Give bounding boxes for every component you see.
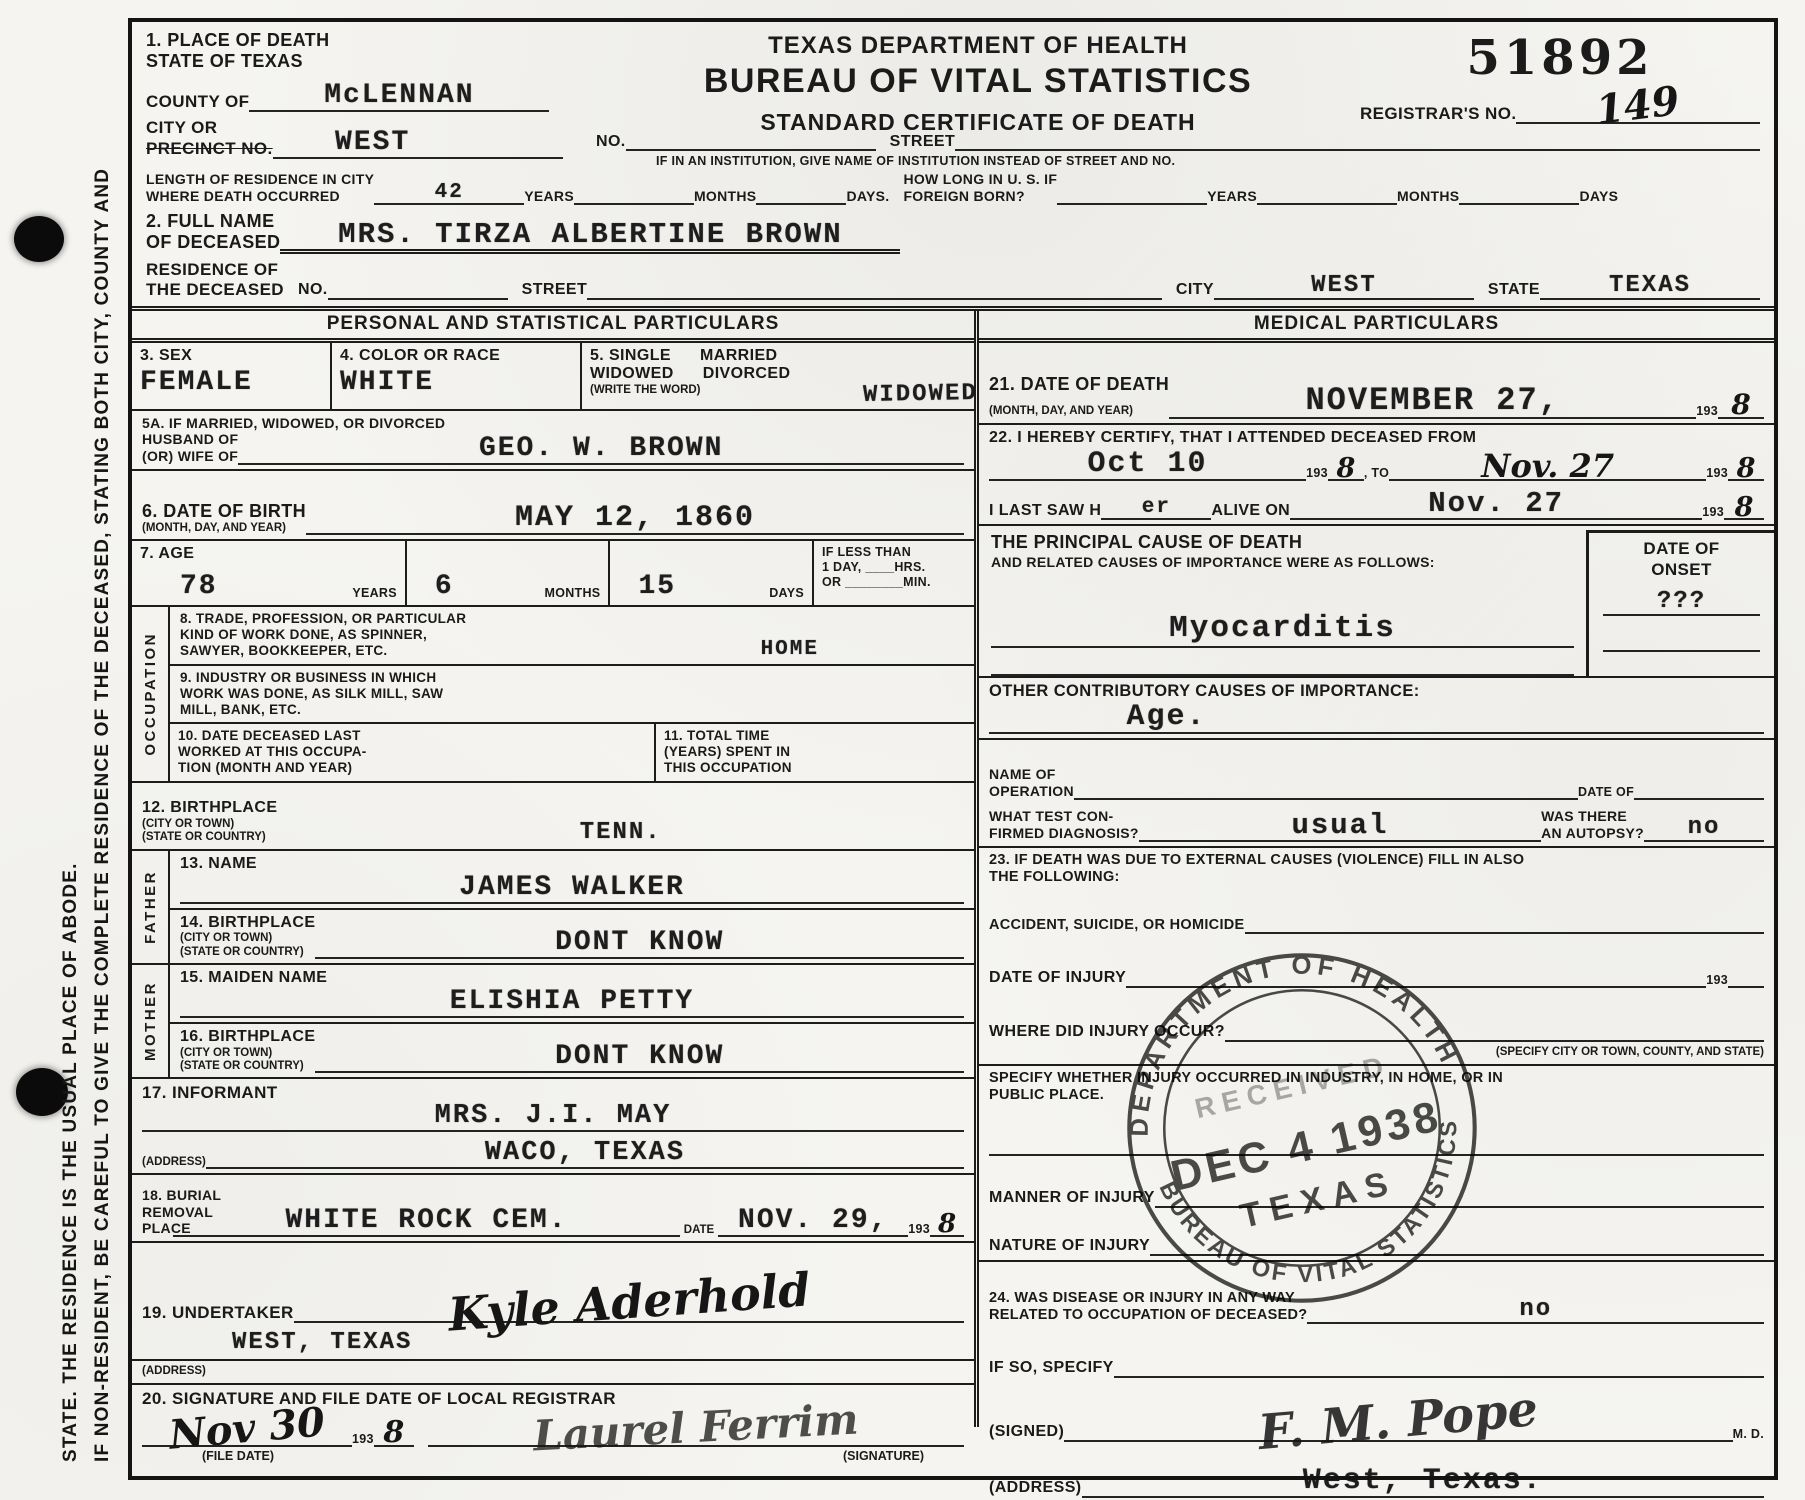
residence-days-line xyxy=(756,203,846,205)
dob-line: MAY 12, 1860 xyxy=(306,503,964,535)
state-of-texas-label: STATE OF TEXAS xyxy=(146,51,596,72)
full-name-label-1: 2. FULL NAME xyxy=(146,211,280,232)
father-bp-sub-2: (STATE OR COUNTRY) xyxy=(180,946,315,959)
last-saw-row: I LAST SAW H er ALIVE ON Nov. 27 193 8 xyxy=(979,485,1774,526)
operation-label-1: NAME OF xyxy=(989,766,1074,783)
mother-name-line: ELISHIA PETTY xyxy=(180,988,964,1018)
occupation-side-label: OCCUPATION xyxy=(142,632,159,756)
age-label: 7. AGE xyxy=(140,545,397,564)
md-signature: F. M. Pope xyxy=(1257,1390,1539,1453)
father-bp-line: DONT KNOW xyxy=(315,929,964,959)
age-days-value: 15 xyxy=(638,573,676,601)
birthplace-value-area: TENN. xyxy=(277,821,964,845)
contributory-value: Age. xyxy=(1126,702,1206,732)
city-value: WEST xyxy=(335,129,410,157)
injury-date-row: DATE OF INJURY 193 xyxy=(979,938,1774,992)
to-label: , TO xyxy=(1364,466,1389,481)
certify-label: 22. I HEREBY CERTIFY, THAT I ATTENDED DE… xyxy=(989,429,1764,448)
sex-cell: 3. SEX FEMALE xyxy=(132,343,332,409)
age-years-label: YEARS xyxy=(352,586,397,601)
principal-cause-row: THE PRINCIPAL CAUSE OF DEATH AND RELATED… xyxy=(979,526,1774,678)
registrar-year-line: 8 xyxy=(374,1421,414,1447)
dod-year-line: 8 xyxy=(1718,394,1764,418)
us-length-label-2: FOREIGN BORN? xyxy=(903,188,1057,205)
totaltime-cell: 11. TOTAL TIME (YEARS) SPENT IN THIS OCC… xyxy=(656,724,974,781)
dod-sub-label: (MONTH, DAY, AND YEAR) xyxy=(989,405,1169,418)
age-less-label-3: OR ________MIN. xyxy=(822,575,966,590)
last-saw-fill: er xyxy=(1142,497,1171,518)
industry-row: 9. INDUSTRY OR BUSINESS IN WHICH WORK WA… xyxy=(170,666,974,725)
date-of-death-row: 21. DATE OF DEATH (MONTH, DAY, AND YEAR)… xyxy=(979,343,1774,425)
age-months-cell: 6 MONTHS xyxy=(407,541,611,605)
to-year-written: 8 xyxy=(1737,458,1756,480)
us-days-line xyxy=(1459,203,1579,205)
residence-row: RESIDENCE OF THE DECEASED NO. STREET CIT… xyxy=(132,258,1774,311)
file-date-line: Nov 30 xyxy=(142,1413,352,1447)
industry-label-3: MILL, BANK, ETC. xyxy=(180,702,964,718)
last-saw-year-printed: 193 xyxy=(1702,505,1724,520)
injury-year-printed: 193 xyxy=(1706,973,1728,988)
father-name-value: JAMES WALKER xyxy=(459,874,685,902)
residence-length-label-2: WHERE DEATH OCCURRED xyxy=(146,188,374,205)
bureau-title: BUREAU OF VITAL STATISTICS xyxy=(596,62,1360,101)
lastwork-label-2: WORKED AT THIS OCCUPA- xyxy=(178,744,646,760)
lastwork-cell: 10. DATE DECEASED LAST WORKED AT THIS OC… xyxy=(170,724,656,781)
county-fill-line: McLENNAN xyxy=(249,82,549,112)
mother-bp-label: 16. BIRTHPLACE xyxy=(180,1028,315,1047)
mother-bp-sub-1: (CITY OR TOWN) xyxy=(180,1047,315,1060)
place-of-death-block: 1. PLACE OF DEATH STATE OF TEXAS COUNTY … xyxy=(146,30,596,159)
spouse-row: 5A. IF MARRIED, WIDOWED, OR DIVORCED HUS… xyxy=(132,411,974,471)
last-saw-year-line: 8 xyxy=(1724,497,1764,521)
informant-address-line: WACO, TEXAS xyxy=(206,1140,964,1169)
us-days-label: DAYS xyxy=(1579,188,1618,205)
mother-side-label-cell: MOTHER xyxy=(132,965,170,1077)
injury-specify-row: SPECIFY WHETHER INJURY OCCURRED IN INDUS… xyxy=(979,1066,1774,1109)
external-causes-row: 23. IF DEATH WAS DUE TO EXTERNAL CAUSES … xyxy=(979,848,1774,891)
department-title: TEXAS DEPARTMENT OF HEALTH xyxy=(596,32,1360,60)
registrar-no-value: 149 xyxy=(1595,85,1682,127)
birthplace-label: 12. BIRTHPLACE xyxy=(142,799,277,818)
operation-row: NAME OF OPERATION DATE OF xyxy=(979,740,1774,804)
signed-line: F. M. Pope xyxy=(1064,1402,1732,1442)
informant-address-value: WACO, TEXAS xyxy=(485,1140,685,1167)
father-name-row: 13. NAME JAMES WALKER xyxy=(170,851,974,910)
cause-line: Myocarditis xyxy=(991,613,1574,648)
injury-nature-row: NATURE OF INJURY xyxy=(979,1212,1774,1262)
margin-note-line1: IF NON-RESIDENT, BE CAREFUL TO GIVE THE … xyxy=(92,168,114,1462)
us-years-line xyxy=(1057,203,1207,205)
certify-to-value: Nov. 27 xyxy=(1481,454,1614,480)
last-saw-year-written: 8 xyxy=(1735,497,1754,519)
place-of-death-label: 1. PLACE OF DEATH xyxy=(146,30,596,51)
mother-bp-value: DONT KNOW xyxy=(555,1043,724,1071)
age-days-label: DAYS xyxy=(769,586,804,601)
undertaker-address-label: (ADDRESS) xyxy=(142,1365,206,1377)
personal-section-title: PERSONAL AND STATISTICAL PARTICULARS xyxy=(132,311,974,343)
undertaker-row: 19. UNDERTAKER Kyle Aderhold xyxy=(132,1243,974,1327)
operation-date-label: DATE OF xyxy=(1578,785,1634,800)
onset-extra-line xyxy=(1603,616,1760,652)
age-months-label: MONTHS xyxy=(544,586,600,601)
residence-state-line: TEXAS xyxy=(1540,274,1760,300)
marital-value: WIDOWED xyxy=(863,382,978,408)
informant-row: 17. INFORMANT MRS. J.I. MAY xyxy=(132,1079,974,1136)
certify-from-value: Oct 10 xyxy=(1088,449,1208,479)
injury-where-row: WHERE DID INJURY OCCUR? xyxy=(979,992,1774,1046)
registrar-no-label: REGISTRAR'S NO. xyxy=(1360,104,1516,124)
dod-value: NOVEMBER 27, xyxy=(1305,385,1559,417)
dod-label: 21. DATE OF DEATH xyxy=(989,374,1169,395)
to-year-line: 8 xyxy=(1728,458,1764,482)
us-months-label: MONTHS xyxy=(1397,188,1459,205)
injury-specify-line xyxy=(989,1154,1764,1156)
last-saw-label-1: I LAST SAW H xyxy=(989,502,1101,521)
mother-bp-line: DONT KNOW xyxy=(315,1043,964,1073)
age-years-cell: 7. AGE 78 YEARS xyxy=(132,541,407,605)
age-years-value: 78 xyxy=(180,573,218,601)
sex-race-marital-row: 3. SEX FEMALE 4. COLOR OR RACE WHITE 5. … xyxy=(132,343,974,411)
father-band: FATHER 13. NAME JAMES WALKER 14. BIRTHPL… xyxy=(132,851,974,965)
residence-no-label: NO. xyxy=(298,281,328,300)
signed-label: (SIGNED) xyxy=(989,1423,1064,1442)
injury-nature-label: NATURE OF INJURY xyxy=(989,1237,1150,1256)
certify-row: 22. I HEREBY CERTIFY, THAT I ATTENDED DE… xyxy=(979,425,1774,486)
residence-street-line xyxy=(587,298,1162,300)
residence-years-line: 42 xyxy=(374,182,524,205)
serial-number: 51892 xyxy=(1360,30,1760,86)
registrar-year-written: 8 xyxy=(383,1421,404,1445)
header: 1. PLACE OF DEATH STATE OF TEXAS COUNTY … xyxy=(132,22,1774,171)
undertaker-signature: Kyle Aderhold xyxy=(447,1272,811,1334)
father-bp-label: 14. BIRTHPLACE xyxy=(180,914,315,933)
sex-value: FEMALE xyxy=(140,369,322,397)
county-value: McLENNAN xyxy=(324,82,474,110)
mother-bp-sub-2: (STATE OR COUNTRY) xyxy=(180,1060,315,1073)
trade-label-1: 8. TRADE, PROFESSION, OR PARTICULAR xyxy=(180,611,616,627)
mother-name-row: 15. MAIDEN NAME ELISHIA PETTY xyxy=(170,965,974,1024)
occupation-side-label-cell: OCCUPATION xyxy=(132,607,170,781)
cause-label-1: THE PRINCIPAL CAUSE OF DEATH xyxy=(991,532,1574,553)
lastwork-label-1: 10. DATE DECEASED LAST xyxy=(178,728,646,744)
trade-label-2: KIND OF WORK DONE, AS SPINNER, xyxy=(180,627,616,643)
no-street-row: NO. STREET IF IN AN INSTITUTION, GIVE NA… xyxy=(596,133,1760,172)
related-value: no xyxy=(1519,1298,1552,1322)
certify-from-line: Oct 10 xyxy=(989,449,1306,481)
precinct-no-label: PRECINCT NO. xyxy=(146,139,273,159)
residence-city-label: CITY xyxy=(1176,281,1214,300)
days-label: DAYS. xyxy=(846,188,889,205)
institution-note: IF IN AN INSTITUTION, GIVE NAME OF INSTI… xyxy=(596,151,1760,171)
mother-side-label: MOTHER xyxy=(142,981,159,1061)
injury-specify-blank-row xyxy=(979,1108,1774,1160)
md-address-line: West, Texas. xyxy=(1082,1466,1765,1498)
residence-state-label: STATE xyxy=(1488,281,1540,300)
us-months-line xyxy=(1257,203,1397,205)
burial-year-printed: 193 xyxy=(908,1222,930,1237)
operation-date-line xyxy=(1634,798,1764,800)
totaltime-label-1: 11. TOTAL TIME xyxy=(664,728,966,744)
hole-punch-top xyxy=(14,216,64,262)
trade-value-area: HOME xyxy=(616,639,964,660)
father-side-label: FATHER xyxy=(142,870,159,944)
dod-year-printed: 193 xyxy=(1696,404,1718,419)
related-label-2: RELATED TO OCCUPATION OF DECEASED? xyxy=(989,1307,1307,1324)
burial-place-line: WHITE ROCK CEM. xyxy=(173,1207,680,1237)
totaltime-label-2: (YEARS) SPENT IN xyxy=(664,744,966,760)
residence-years-value: 42 xyxy=(435,182,464,203)
registrar-no-fill-line: 149 xyxy=(1516,90,1760,124)
race-label: 4. COLOR OR RACE xyxy=(340,347,572,366)
dob-label: 6. DATE OF BIRTH xyxy=(142,501,306,522)
signature-label: (SIGNATURE) xyxy=(843,1449,924,1463)
full-name-value: MRS. TIRZA ALBERTINE BROWN xyxy=(338,220,842,249)
accident-label: ACCIDENT, SUICIDE, OR HOMICIDE xyxy=(989,917,1245,934)
autopsy-value: no xyxy=(1688,816,1721,840)
signed-row: (SIGNED) F. M. Pope M. D. xyxy=(979,1382,1774,1446)
if-so-row: IF SO, SPECIFY xyxy=(979,1328,1774,1382)
street-label: STREET xyxy=(890,133,956,152)
mother-birthplace-row: 16. BIRTHPLACE (CITY OR TOWN) (STATE OR … xyxy=(170,1024,974,1077)
injury-specify-label-2: PUBLIC PLACE. xyxy=(989,1087,1764,1104)
age-less-than-cell: IF LESS THAN 1 DAY, ____HRS. OR ________… xyxy=(814,541,974,605)
mother-band: MOTHER 15. MAIDEN NAME ELISHIA PETTY 16.… xyxy=(132,965,974,1079)
full-name-label-2: OF DECEASED xyxy=(146,232,280,253)
spouse-label-1: 5A. IF MARRIED, WIDOWED, OR DIVORCED xyxy=(142,415,964,432)
to-year-printed: 193 xyxy=(1706,466,1728,481)
lastwork-totaltime-row: 10. DATE DECEASED LAST WORKED AT THIS OC… xyxy=(170,724,974,781)
burial-date-label: DATE xyxy=(684,1224,714,1237)
father-side-label-cell: FATHER xyxy=(132,851,170,963)
scanned-death-certificate: IF NON-RESIDENT, BE CAREFUL TO GIVE THE … xyxy=(0,0,1805,1500)
dob-sub-label: (MONTH, DAY, AND YEAR) xyxy=(142,522,306,535)
related-label-1: 24. WAS DISEASE OR INJURY IN ANY WAY xyxy=(989,1290,1307,1307)
injury-date-label: DATE OF INJURY xyxy=(989,969,1126,988)
informant-line: MRS. J.I. MAY xyxy=(142,1103,964,1132)
informant-value: MRS. J.I. MAY xyxy=(435,1103,672,1130)
registrar-year-printed: 193 xyxy=(352,1432,374,1447)
trade-label-3: SAWYER, BOOKKEEPER, ETC. xyxy=(180,643,616,659)
contributory-line: Age. xyxy=(989,702,1764,734)
from-year-line: 8 xyxy=(1328,458,1364,482)
city-fill-line: WEST xyxy=(273,129,563,159)
injury-specify-label-1: SPECIFY WHETHER INJURY OCCURRED IN INDUS… xyxy=(989,1070,1764,1087)
cause-value: Myocarditis xyxy=(1169,613,1396,644)
test-label-1: WHAT TEST CON- xyxy=(989,808,1139,825)
from-year-written: 8 xyxy=(1336,458,1355,480)
race-cell: 4. COLOR OR RACE WHITE xyxy=(332,343,582,409)
trade-row: 8. TRADE, PROFESSION, OR PARTICULAR KIND… xyxy=(170,607,974,666)
margin-note-line2: STATE. THE RESIDENCE IS THE USUAL PLACE … xyxy=(60,862,82,1462)
test-value: usual xyxy=(1291,811,1388,840)
burial-date-line: NOV. 29, xyxy=(718,1207,908,1237)
test-line: usual xyxy=(1139,811,1541,842)
dod-line: NOVEMBER 27, xyxy=(1169,385,1696,419)
file-date-script: Nov 30 xyxy=(168,1406,326,1451)
father-birthplace-row: 14. BIRTHPLACE (CITY OR TOWN) (STATE OR … xyxy=(170,910,974,963)
residence-months-line xyxy=(574,203,694,205)
us-years-label: YEARS xyxy=(1207,188,1257,205)
injury-date-line xyxy=(1126,986,1706,988)
birthplace-sub-1: (CITY OR TOWN) xyxy=(142,818,277,831)
totaltime-label-3: THIS OCCUPATION xyxy=(664,760,966,776)
birthplace-sub-2: (STATE OR COUNTRY) xyxy=(142,831,277,844)
medical-column: MEDICAL PARTICULARS 21. DATE OF DEATH (M… xyxy=(974,311,1774,1427)
age-months-value: 6 xyxy=(435,573,454,601)
last-saw-value: Nov. 27 xyxy=(1428,489,1564,518)
personal-column: PERSONAL AND STATISTICAL PARTICULARS 3. … xyxy=(132,311,974,1427)
last-saw-label-2: ALIVE ON xyxy=(1211,502,1290,521)
injury-where-label: WHERE DID INJURY OCCUR? xyxy=(989,1023,1225,1042)
contributory-row: OTHER CONTRIBUTORY CAUSES OF IMPORTANCE:… xyxy=(979,678,1774,739)
dob-value: MAY 12, 1860 xyxy=(515,503,755,533)
spouse-label-3: (OR) WIFE OF xyxy=(142,448,238,465)
if-so-line xyxy=(1114,1376,1764,1378)
onset-label-2: ONSET xyxy=(1603,560,1760,580)
operation-label-2: OPERATION xyxy=(989,783,1074,800)
autopsy-label-2: AN AUTOPSY? xyxy=(1541,825,1644,842)
injury-where-note: (SPECIFY CITY OR TOWN, COUNTY, AND STATE… xyxy=(1496,1046,1764,1059)
from-year-printed: 193 xyxy=(1306,466,1328,481)
burial-year-written: 8 xyxy=(938,1214,956,1235)
lastwork-label-3: TION (MONTH AND YEAR) xyxy=(178,760,646,776)
burial-row: 18. BURIAL REMOVAL PLACE WHITE ROCK CEM.… xyxy=(132,1175,974,1243)
registrar-signature-line: Laurel Ferrim xyxy=(428,1411,964,1447)
residence-city-value: WEST xyxy=(1311,274,1377,298)
informant-address-row: (ADDRESS) WACO, TEXAS xyxy=(132,1136,974,1175)
operation-line xyxy=(1074,798,1578,800)
residence-length-label-1: LENGTH OF RESIDENCE IN CITY xyxy=(146,171,374,188)
md-label: M. D. xyxy=(1733,1427,1764,1442)
injury-year-line xyxy=(1728,986,1764,988)
residence-no-line xyxy=(328,298,508,300)
injury-where-line xyxy=(1225,1040,1764,1042)
spouse-line: GEO. W. BROWN xyxy=(238,435,964,465)
injury-manner-label: MANNER OF INJURY xyxy=(989,1189,1155,1208)
certify-to-line: Nov. 27 xyxy=(1389,454,1706,482)
father-name-line: JAMES WALKER xyxy=(180,874,964,904)
no-label: NO. xyxy=(596,133,626,152)
accident-line xyxy=(1245,932,1764,934)
md-address-row: (ADDRESS) West, Texas. xyxy=(979,1446,1774,1500)
autopsy-label-1: WAS THERE xyxy=(1541,808,1644,825)
sex-label: 3. SEX xyxy=(140,347,322,366)
mother-name-label: 15. MAIDEN NAME xyxy=(180,969,964,988)
marital-label-1: 5. SINGLE MARRIED xyxy=(590,347,966,366)
age-row: 7. AGE 78 YEARS 6 MONTHS xyxy=(132,541,974,607)
industry-label-2: WORK WAS DONE, AS SILK MILL, SAW xyxy=(180,686,964,702)
injury-nature-line xyxy=(1150,1254,1764,1256)
undertaker-label: 19. UNDERTAKER xyxy=(142,1303,294,1323)
related-line: no xyxy=(1307,1298,1764,1324)
external-label-2: THE FOLLOWING: xyxy=(989,869,1764,886)
undertaker-address-label-row: (ADDRESS) xyxy=(132,1361,974,1385)
city-or-label: CITY OR xyxy=(146,118,273,138)
residence-city-line: WEST xyxy=(1214,274,1474,300)
industry-label-1: 9. INDUSTRY OR BUSINESS IN WHICH xyxy=(180,670,964,686)
full-name-row: 2. FULL NAME OF DECEASED MRS. TIRZA ALBE… xyxy=(132,209,1774,257)
injury-manner-row: MANNER OF INJURY xyxy=(979,1160,1774,1212)
md-address-label: (ADDRESS) xyxy=(989,1479,1082,1498)
onset-value: ??? xyxy=(1657,590,1706,614)
residence-state-value: TEXAS xyxy=(1609,274,1691,298)
dob-row: 6. DATE OF BIRTH (MONTH, DAY, AND YEAR) … xyxy=(132,471,974,541)
informant-address-label: (ADDRESS) xyxy=(142,1156,206,1169)
length-of-residence-row: LENGTH OF RESIDENCE IN CITY WHERE DEATH … xyxy=(132,171,1774,209)
occupation-related-row: 24. WAS DISEASE OR INJURY IN ANY WAY REL… xyxy=(979,1262,1774,1328)
age-days-cell: 15 DAYS xyxy=(610,541,814,605)
county-label: COUNTY OF xyxy=(146,92,249,112)
spouse-label-2: HUSBAND OF xyxy=(142,431,238,448)
cause-label-2: AND RELATED CAUSES OF IMPORTANCE WERE AS… xyxy=(991,554,1574,571)
mother-name-value: ELISHIA PETTY xyxy=(450,988,694,1016)
burial-date-value: NOV. 29, xyxy=(738,1207,888,1235)
informant-label: 17. INFORMANT xyxy=(142,1083,964,1103)
onset-line: ??? xyxy=(1603,580,1760,616)
injury-where-note-row: (SPECIFY CITY OR TOWN, COUNTY, AND STATE… xyxy=(979,1046,1774,1065)
last-saw-fill-line: er xyxy=(1101,497,1211,520)
residence-label-1: RESIDENCE OF xyxy=(146,260,284,280)
father-bp-sub-1: (CITY OR TOWN) xyxy=(180,932,315,945)
age-less-label-1: IF LESS THAN xyxy=(822,545,966,560)
spouse-value: GEO. W. BROWN xyxy=(479,435,723,463)
burial-label-1: 18. BURIAL xyxy=(142,1187,221,1204)
autopsy-line: no xyxy=(1644,816,1764,842)
medical-section-title: MEDICAL PARTICULARS xyxy=(979,311,1774,343)
cause-extra-line xyxy=(991,674,1574,676)
occupation-band: OCCUPATION 8. TRADE, PROFESSION, OR PART… xyxy=(132,607,974,783)
onset-box: DATE OF ONSET ??? xyxy=(1586,530,1774,676)
certificate-frame: 1. PLACE OF DEATH STATE OF TEXAS COUNTY … xyxy=(128,18,1778,1480)
test-label-2: FIRMED DIAGNOSIS? xyxy=(989,825,1139,842)
father-bp-value: DONT KNOW xyxy=(555,929,724,957)
years-label: YEARS xyxy=(524,188,574,205)
test-row: WHAT TEST CON- FIRMED DIAGNOSIS? usual W… xyxy=(979,804,1774,848)
last-saw-line: Nov. 27 xyxy=(1290,489,1702,520)
birthplace-row: 12. BIRTHPLACE (CITY OR TOWN) (STATE OR … xyxy=(132,783,974,851)
us-length-label-1: HOW LONG IN U. S. IF xyxy=(903,171,1057,188)
burial-year-line: 8 xyxy=(930,1214,964,1237)
external-label-1: 23. IF DEATH WAS DUE TO EXTERNAL CAUSES … xyxy=(989,852,1764,869)
months-label: MONTHS xyxy=(694,188,756,205)
onset-label-1: DATE OF xyxy=(1603,539,1760,559)
injury-manner-line xyxy=(1155,1206,1764,1208)
burial-place-value: WHITE ROCK CEM. xyxy=(285,1207,567,1235)
father-name-label: 13. NAME xyxy=(180,855,964,874)
columns: PERSONAL AND STATISTICAL PARTICULARS 3. … xyxy=(132,311,1774,1427)
trade-value: HOME xyxy=(761,639,819,660)
undertaker-address-value: WEST, TEXAS xyxy=(232,1331,412,1355)
dod-year-written: 8 xyxy=(1731,394,1750,416)
residence-street-label: STREET xyxy=(522,281,588,300)
undertaker-line: Kyle Aderhold xyxy=(294,1284,964,1323)
contributory-label: OTHER CONTRIBUTORY CAUSES OF IMPORTANCE: xyxy=(989,682,1764,701)
marital-cell: 5. SINGLE MARRIED WIDOWED DIVORCED (WRIT… xyxy=(582,343,974,409)
registrar-signature: Laurel Ferrim xyxy=(532,1403,859,1454)
race-value: WHITE xyxy=(340,369,572,397)
registrar-row: 20. SIGNATURE AND FILE DATE OF LOCAL REG… xyxy=(132,1385,974,1467)
md-address-value: West, Texas. xyxy=(1303,1466,1543,1496)
if-so-label: IF SO, SPECIFY xyxy=(989,1359,1114,1378)
accident-row: ACCIDENT, SUICIDE, OR HOMICIDE xyxy=(979,890,1774,938)
birthplace-value: TENN. xyxy=(580,821,662,845)
full-name-line: MRS. TIRZA ALBERTINE BROWN xyxy=(280,220,900,254)
residence-label-2: THE DECEASED xyxy=(146,280,284,300)
age-less-label-2: 1 DAY, ____HRS. xyxy=(822,560,966,575)
